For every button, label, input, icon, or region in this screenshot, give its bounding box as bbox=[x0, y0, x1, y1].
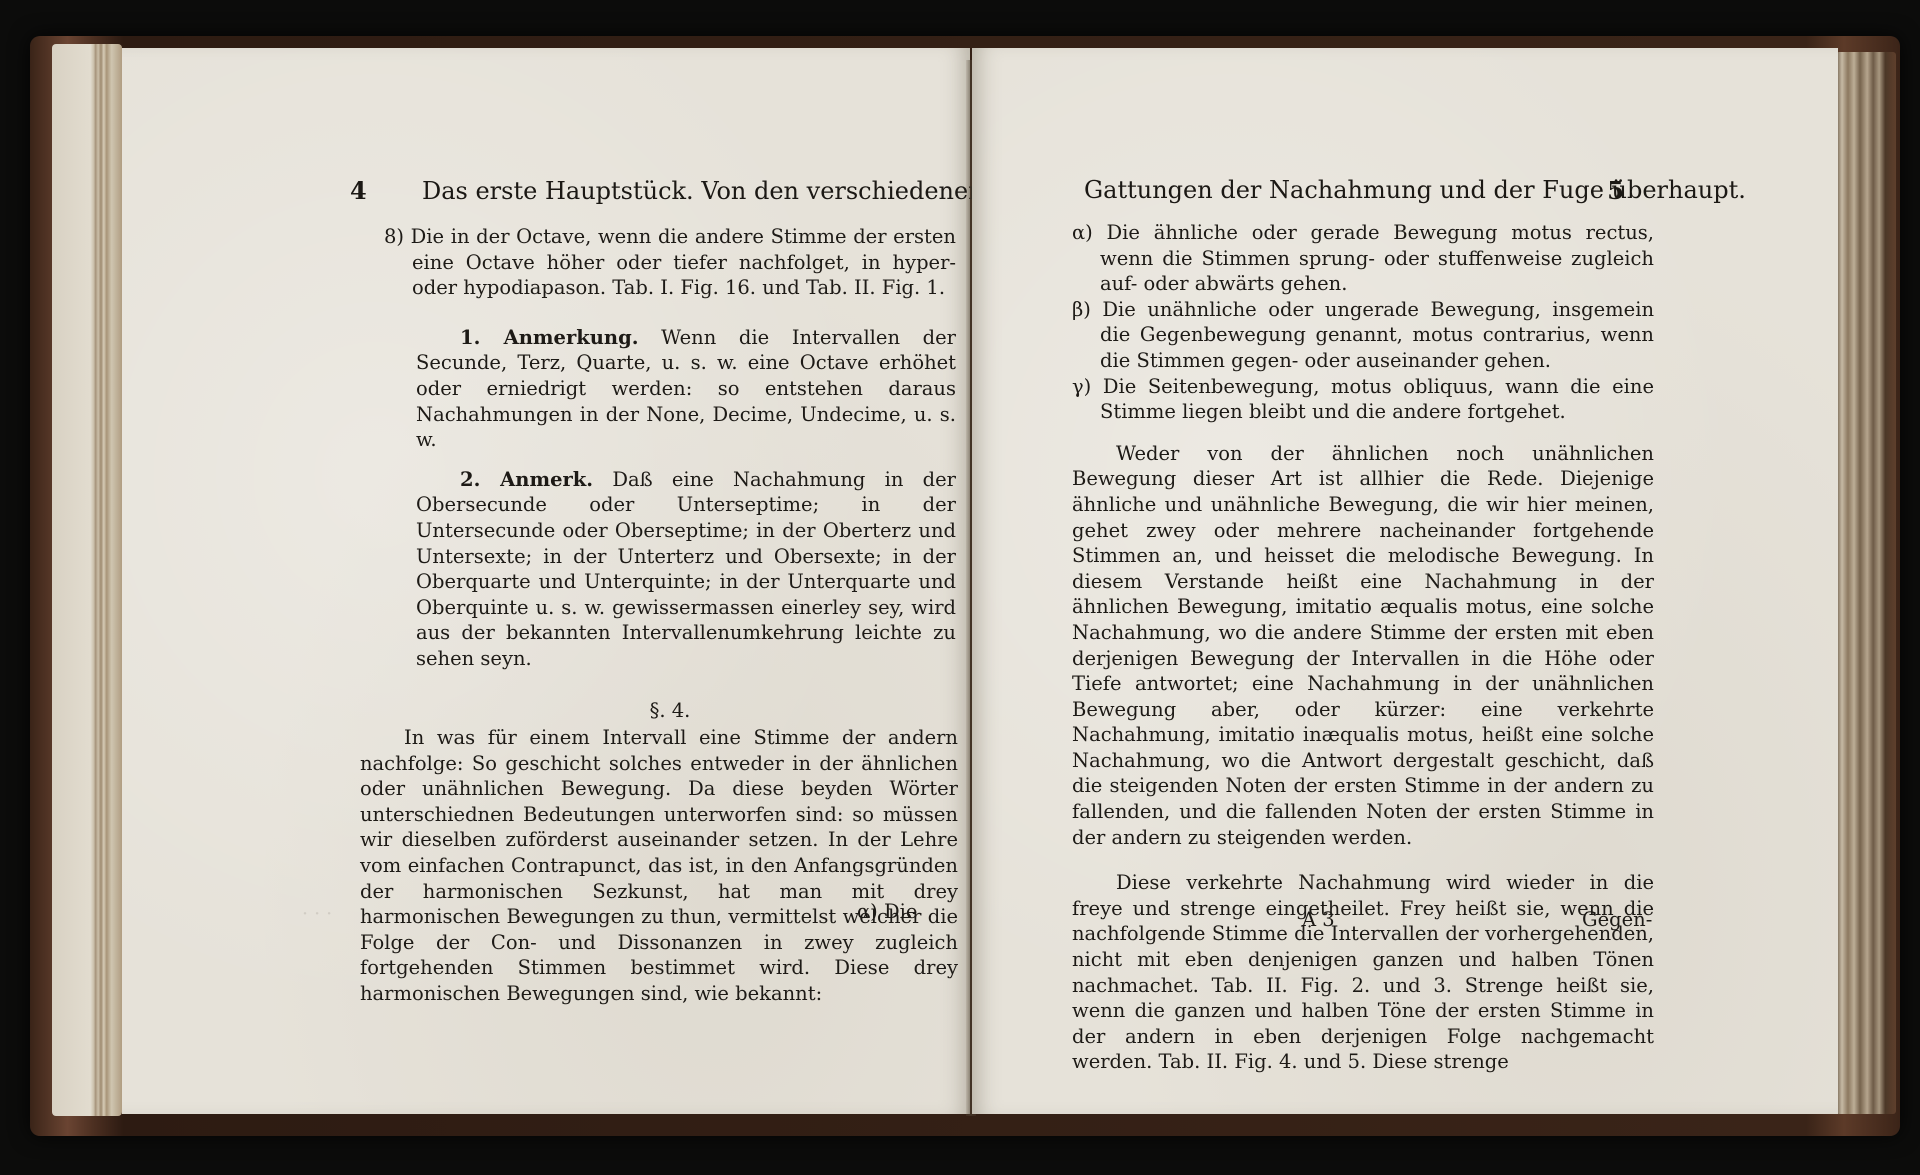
item-alpha-text: Die ähnliche oder gerade Bewegung motus … bbox=[1100, 221, 1654, 295]
note-2-label: 2. Anmerk. bbox=[460, 468, 593, 491]
section-heading: §. 4. bbox=[384, 698, 956, 724]
paragraph-1: Weder von der ähnlichen noch unähnlichen… bbox=[1072, 441, 1654, 851]
item-8-text: Die in der Octave, wenn die andere Stimm… bbox=[411, 225, 956, 299]
right-page: Gattungen der Nachahmung und der Fuge üb… bbox=[972, 48, 1838, 1114]
note-1: 1. Anmerkung. Wenn die Intervallen der S… bbox=[416, 325, 956, 453]
left-page-number: 4 bbox=[350, 176, 367, 205]
right-page-number: 5 bbox=[1607, 176, 1624, 205]
page-block-left-edge bbox=[52, 44, 122, 1116]
right-catchword: Gegen- bbox=[1582, 908, 1652, 931]
note-2: 2. Anmerk. Daß eine Nachahmung in der Ob… bbox=[416, 467, 956, 672]
open-book-scan: 4 Das erste Hauptstück. Von den verschie… bbox=[0, 0, 1920, 1175]
item-alpha: α) Die ähnliche oder gerade Bewegung mot… bbox=[1072, 220, 1654, 297]
section-4-text: In was für einem Intervall eine Stimme d… bbox=[360, 725, 958, 1007]
item-gamma-marker: γ) bbox=[1072, 375, 1091, 398]
right-running-head-text: Gattungen der Nachahmung und der Fuge üb… bbox=[1084, 176, 1746, 204]
left-running-head: 4 Das erste Hauptstück. Von den verschie… bbox=[350, 176, 984, 205]
page-block-right-edge bbox=[1836, 52, 1896, 1114]
item-alpha-marker: α) bbox=[1072, 221, 1093, 244]
signature-mark: A 3 bbox=[1302, 908, 1335, 931]
right-page-body: α) Die ähnliche oder gerade Bewegung mot… bbox=[1072, 220, 1654, 1075]
note-2-text: Daß eine Nachahmung in der Obersecunde o… bbox=[416, 468, 956, 670]
left-page-body: 8) Die in der Octave, wenn die andere St… bbox=[384, 224, 956, 1007]
left-page: 4 Das erste Hauptstück. Von den verschie… bbox=[122, 48, 970, 1114]
right-running-head: Gattungen der Nachahmung und der Fuge üb… bbox=[1084, 176, 1604, 204]
item-8: 8) Die in der Octave, wenn die andere St… bbox=[384, 224, 956, 301]
item-beta-text: Die unähnliche oder ungerade Bewegung, i… bbox=[1100, 298, 1654, 372]
item-beta-marker: β) bbox=[1072, 298, 1091, 321]
show-through-text: · · · bbox=[302, 903, 332, 925]
item-gamma-text: Die Seitenbewegung, motus obliquus, wann… bbox=[1100, 375, 1654, 424]
paragraph-2: Diese verkehrte Nachahmung wird wieder i… bbox=[1072, 870, 1654, 1075]
item-beta: β) Die unähnliche oder ungerade Bewegung… bbox=[1072, 297, 1654, 374]
left-catchword: α) Die bbox=[857, 900, 917, 923]
left-running-head-text: Das erste Hauptstück. Von den verschiede… bbox=[422, 177, 984, 205]
item-gamma: γ) Die Seitenbewegung, motus obliquus, w… bbox=[1072, 374, 1654, 425]
note-1-label: 1. Anmerkung. bbox=[460, 326, 639, 349]
item-8-marker: 8) bbox=[384, 225, 404, 248]
